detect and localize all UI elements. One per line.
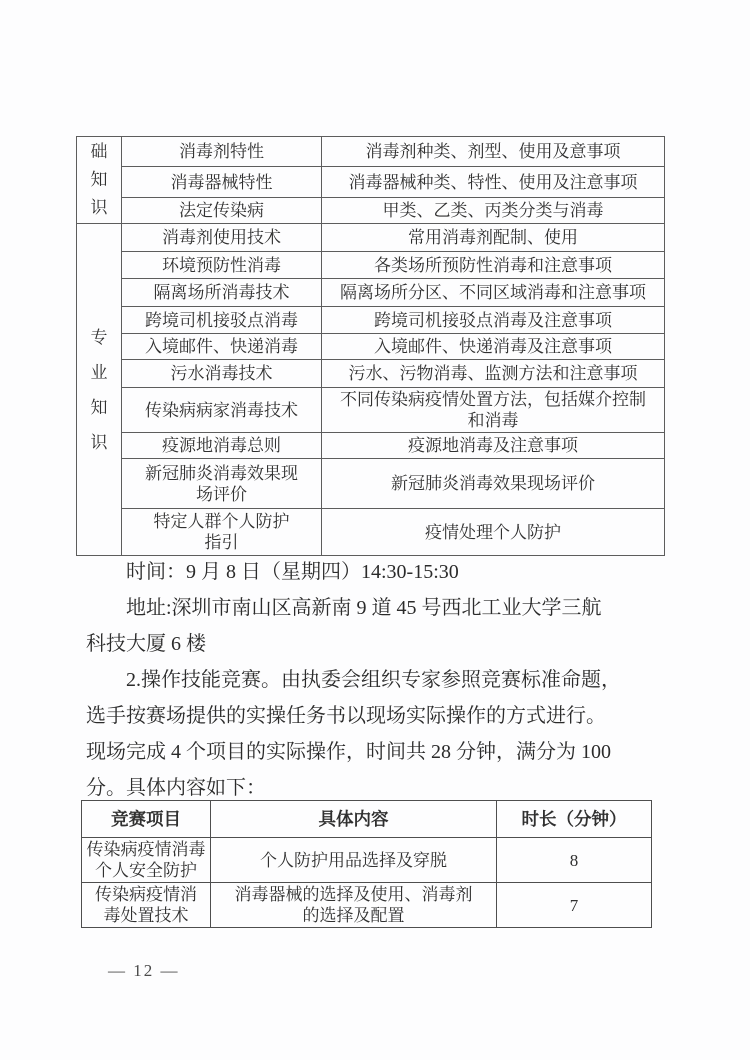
topic-cell: 污水消毒技术 <box>122 360 322 388</box>
content-cell: 疫源地消毒及注意事项 <box>322 433 665 459</box>
content-cell: 疫情处理个人防护 <box>322 509 665 556</box>
content-cell: 消毒器械种类、特性、使用及注意事项 <box>322 167 665 197</box>
topic-cell: 入境邮件、快递消毒 <box>122 334 322 360</box>
topic-cell: 新冠肺炎消毒效果现 场评价 <box>122 459 322 509</box>
duration-cell: 8 <box>497 838 652 883</box>
section-label-basic-knowledge: 础知识 <box>77 137 122 224</box>
section-label-text: 础知识 <box>90 138 108 222</box>
topic-cell: 隔离场所消毒技术 <box>122 279 322 307</box>
topic-cell: 消毒剂使用技术 <box>122 224 322 252</box>
table-row: 传染病病家消毒技术 不同传染病疫情处置方法，包括媒介控制 和消毒 <box>77 388 665 433</box>
duration-cell: 7 <box>497 883 652 928</box>
column-header-duration: 时长（分钟） <box>497 801 652 838</box>
table-row: 入境邮件、快递消毒 入境邮件、快递消毒及注意事项 <box>77 334 665 360</box>
page-number: — 12 — <box>108 961 180 981</box>
competition-table-container: 竞赛项目 具体内容 时长（分钟） 传染病疫情消毒 个人安全防护 个人防护用品选择… <box>81 800 652 928</box>
knowledge-table: 础知识 消毒剂特性 消毒剂种类、剂型、使用及意事项 消毒器械特性 消毒器械种类、… <box>76 136 665 556</box>
table-row: 疫源地消毒总则 疫源地消毒及注意事项 <box>77 433 665 459</box>
paragraph-address: 地址:深圳市南山区高新南 9 道 45 号西北工业大学三航 科技大厦 6 楼 <box>86 590 668 662</box>
topic-cell: 环境预防性消毒 <box>122 252 322 279</box>
table-row: 传染病疫情消毒 个人安全防护 个人防护用品选择及穿脱 8 <box>82 838 652 883</box>
paragraph-time: 时间：9 月 8 日（星期四）14:30-15:30 <box>86 554 668 590</box>
topic-cell: 疫源地消毒总则 <box>122 433 322 459</box>
table-row: 传染病疫情消 毒处置技术 消毒器械的选择及使用、消毒剂 的选择及配置 7 <box>82 883 652 928</box>
table-row: 法定传染病 甲类、乙类、丙类分类与消毒 <box>77 197 665 223</box>
table-header-row: 竞赛项目 具体内容 时长（分钟） <box>82 801 652 838</box>
content-cell: 隔离场所分区、不同区域消毒和注意事项 <box>322 279 665 307</box>
table-row: 础知识 消毒剂特性 消毒剂种类、剂型、使用及意事项 <box>77 137 665 167</box>
content-cell: 个人防护用品选择及穿脱 <box>211 838 497 883</box>
table-row: 污水消毒技术 污水、污物消毒、监测方法和注意事项 <box>77 360 665 388</box>
content-cell: 不同传染病疫情处置方法，包括媒介控制 和消毒 <box>322 388 665 433</box>
table-row: 特定人群个人防护 指引 疫情处理个人防护 <box>77 509 665 556</box>
body-text: 时间：9 月 8 日（星期四）14:30-15:30 地址:深圳市南山区高新南 … <box>86 554 668 806</box>
section-label-text: 专业知识 <box>90 320 108 460</box>
topic-cell: 消毒器械特性 <box>122 167 322 197</box>
section-label-professional-knowledge: 专业知识 <box>77 224 122 556</box>
table-row: 隔离场所消毒技术 隔离场所分区、不同区域消毒和注意事项 <box>77 279 665 307</box>
table-row: 消毒器械特性 消毒器械种类、特性、使用及注意事项 <box>77 167 665 197</box>
content-cell: 新冠肺炎消毒效果现场评价 <box>322 459 665 509</box>
table-row: 专业知识 消毒剂使用技术 常用消毒剂配制、使用 <box>77 224 665 252</box>
topic-cell: 传染病病家消毒技术 <box>122 388 322 433</box>
table-row: 跨境司机接驳点消毒 跨境司机接驳点消毒及注意事项 <box>77 307 665 334</box>
knowledge-table-container: 础知识 消毒剂特性 消毒剂种类、剂型、使用及意事项 消毒器械特性 消毒器械种类、… <box>76 136 665 556</box>
competition-table: 竞赛项目 具体内容 时长（分钟） 传染病疫情消毒 个人安全防护 个人防护用品选择… <box>81 800 652 928</box>
paragraph-operation-skill: 2.操作技能竞赛。由执委会组织专家参照竞赛标准命题， 选手按赛场提供的实操任务书… <box>86 662 668 806</box>
table-row: 环境预防性消毒 各类场所预防性消毒和注意事项 <box>77 252 665 279</box>
content-cell: 污水、污物消毒、监测方法和注意事项 <box>322 360 665 388</box>
column-header-content: 具体内容 <box>211 801 497 838</box>
item-cell: 传染病疫情消 毒处置技术 <box>82 883 211 928</box>
topic-cell: 跨境司机接驳点消毒 <box>122 307 322 334</box>
content-cell: 甲类、乙类、丙类分类与消毒 <box>322 197 665 223</box>
topic-cell: 消毒剂特性 <box>122 137 322 167</box>
content-cell: 常用消毒剂配制、使用 <box>322 224 665 252</box>
content-cell: 入境邮件、快递消毒及注意事项 <box>322 334 665 360</box>
content-cell: 跨境司机接驳点消毒及注意事项 <box>322 307 665 334</box>
item-cell: 传染病疫情消毒 个人安全防护 <box>82 838 211 883</box>
topic-cell: 特定人群个人防护 指引 <box>122 509 322 556</box>
content-cell: 消毒剂种类、剂型、使用及意事项 <box>322 137 665 167</box>
column-header-item: 竞赛项目 <box>82 801 211 838</box>
topic-cell: 法定传染病 <box>122 197 322 223</box>
content-cell: 消毒器械的选择及使用、消毒剂 的选择及配置 <box>211 883 497 928</box>
table-row: 新冠肺炎消毒效果现 场评价 新冠肺炎消毒效果现场评价 <box>77 459 665 509</box>
document-page: 础知识 消毒剂特性 消毒剂种类、剂型、使用及意事项 消毒器械特性 消毒器械种类、… <box>0 0 750 1060</box>
content-cell: 各类场所预防性消毒和注意事项 <box>322 252 665 279</box>
